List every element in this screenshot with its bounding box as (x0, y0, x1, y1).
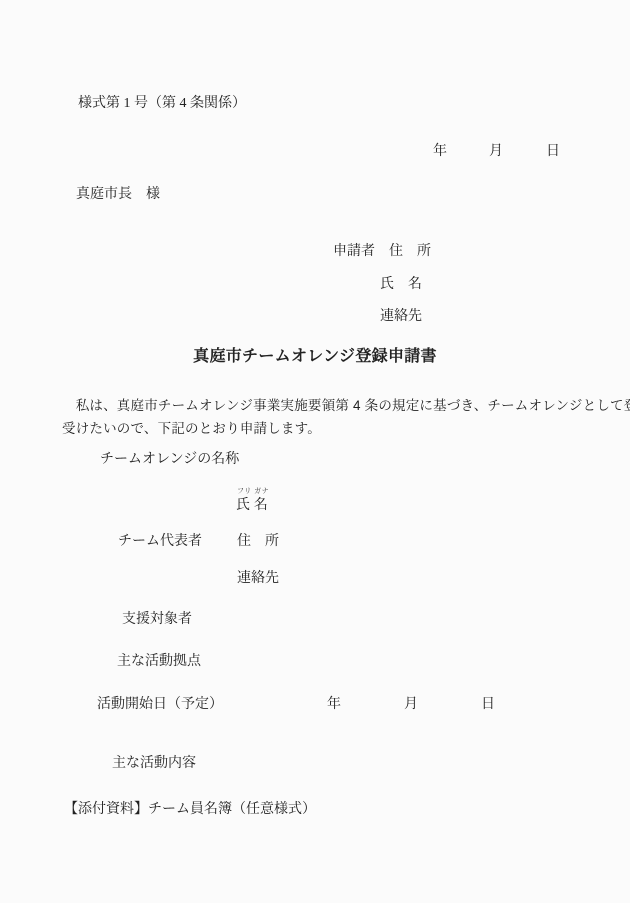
top-date-day-label: 日 (546, 144, 560, 159)
representative-address-label: 住 所 (237, 533, 279, 548)
page-title: 真庭市チームオレンジ登録申請書 (0, 347, 630, 366)
team-name-label: チームオレンジの名称 (100, 451, 239, 466)
top-date-year-label: 年 (433, 144, 447, 159)
representative-contact-label: 連絡先 (237, 570, 279, 585)
start-date-label: 活動開始日（予定） (97, 696, 223, 711)
application-form-page: 様式第 1 号（第 4 条関係） 年 月 日 真庭市長 様 申請者 住 所 氏 … (0, 0, 630, 903)
start-date-year-label: 年 (327, 696, 341, 711)
body-paragraph-line2: 受けたいので、下記のとおり申請します。 (62, 421, 321, 436)
representative-furigana-label: フリ ガナ (237, 488, 269, 495)
body-paragraph-line1: 私は、真庭市チームオレンジ事業実施要領第 4 条の規定に基づき、チームオレンジと… (62, 398, 630, 413)
form-number: 様式第 1 号（第 4 条関係） (78, 96, 246, 111)
representative-name-label: 氏 名 (236, 497, 268, 512)
attachment-note: 【添付資料】チーム員名簿（任意様式） (64, 801, 316, 816)
representative-label: チーム代表者 (118, 533, 202, 548)
applicant-name-label: 氏 名 (380, 276, 422, 291)
support-target-label: 支援対象者 (122, 611, 192, 626)
activity-base-label: 主な活動拠点 (117, 653, 201, 668)
addressee: 真庭市長 様 (76, 186, 160, 201)
applicant-contact-label: 連絡先 (380, 308, 422, 323)
start-date-month-label: 月 (404, 696, 418, 711)
activity-content-label: 主な活動内容 (112, 755, 196, 770)
top-date-month-label: 月 (489, 144, 503, 159)
start-date-day-label: 日 (481, 696, 495, 711)
applicant-address-label: 申請者 住 所 (333, 243, 431, 258)
